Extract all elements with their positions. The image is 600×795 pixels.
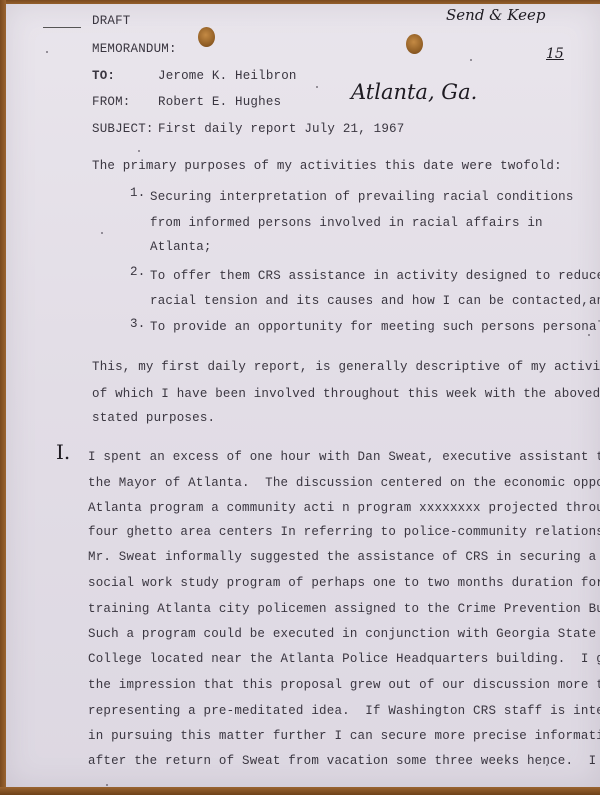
section-one-line-11: representing a pre-meditated idea. If Wa… (88, 704, 600, 718)
background-wood-bottom (0, 787, 600, 795)
section-one-line-4: four ghetto area centers In referring to… (88, 525, 600, 539)
handwritten-page-number: 15 (546, 46, 564, 62)
paper-speck (470, 59, 472, 61)
section-one-line-13: after the return of Sweat from vacation … (88, 754, 600, 768)
handwritten-location: Atlanta, Ga. (351, 80, 477, 104)
intro-paragraph: The primary purposes of my activities th… (92, 159, 562, 173)
section-one-line-7: training Atlanta city policemen assigned… (88, 602, 600, 616)
draft-label: DRAFT (92, 14, 131, 28)
summary-line-2: of which I have been involved throughout… (92, 387, 600, 401)
section-one-line-9: College located near the Atlanta Police … (88, 652, 600, 666)
purpose-2-line-2: racial tension and its causes and how I … (150, 294, 600, 308)
to-label: TO: (92, 69, 115, 83)
purpose-2-line-1: To offer them CRS assistance in activity… (150, 269, 600, 283)
summary-line-3: stated purposes. (92, 411, 215, 425)
paper-speck (138, 150, 140, 152)
paper-speck (316, 86, 318, 88)
purpose-1-line-1: Securing interpretation of prevailing ra… (150, 190, 574, 204)
section-one-line-8: Such a program could be executed in conj… (88, 627, 596, 641)
subject-value: First daily report July 21, 1967 (158, 122, 404, 136)
punch-hole-right (406, 34, 423, 54)
summary-line-1: This, my first daily report, is generall… (92, 360, 600, 374)
from-value: Robert E. Hughes (158, 95, 281, 109)
section-one-line-12: in pursuing this matter further I can se… (88, 729, 600, 743)
purpose-1-line-3: Atlanta; (150, 240, 212, 254)
purpose-1-number: 1. (130, 186, 145, 200)
section-one-line-3: Atlanta program a community acti n progr… (88, 501, 600, 515)
subject-label: SUBJECT: (92, 122, 154, 136)
handwritten-note-top-right: Send & Keep (446, 6, 545, 24)
purpose-1-line-2: from informed persons involved in racial… (150, 216, 543, 230)
paper-speck (106, 784, 108, 786)
purpose-2-number: 2. (130, 265, 145, 279)
section-one-line-6: social work study program of perhaps one… (88, 576, 600, 590)
paper-speck (588, 334, 590, 336)
paper-speck (101, 232, 103, 234)
to-value: Jerome K. Heilbron (158, 69, 297, 83)
paper-speck (546, 764, 548, 766)
memo-page: DRAFT MEMORANDUM: TO: Jerome K. Heilbron… (6, 4, 600, 787)
section-one-line-10: the impression that this proposal grew o… (88, 678, 600, 692)
punch-hole-left (198, 27, 215, 47)
section-one-line-1: I spent an excess of one hour with Dan S… (88, 450, 600, 464)
memorandum-label: MEMORANDUM: (92, 42, 177, 56)
purpose-3-number: 3. (130, 317, 145, 331)
paper-speck (46, 51, 48, 53)
margin-dash (43, 27, 81, 28)
section-one-line-5: Mr. Sweat informally suggested the assis… (88, 550, 596, 564)
from-label: FROM: (92, 95, 131, 109)
section-one-line-2: the Mayor of Atlanta. The discussion cen… (88, 476, 600, 490)
handwritten-section-marker: I. (56, 440, 70, 464)
purpose-3-line-1: To provide an opportunity for meeting su… (150, 320, 600, 334)
